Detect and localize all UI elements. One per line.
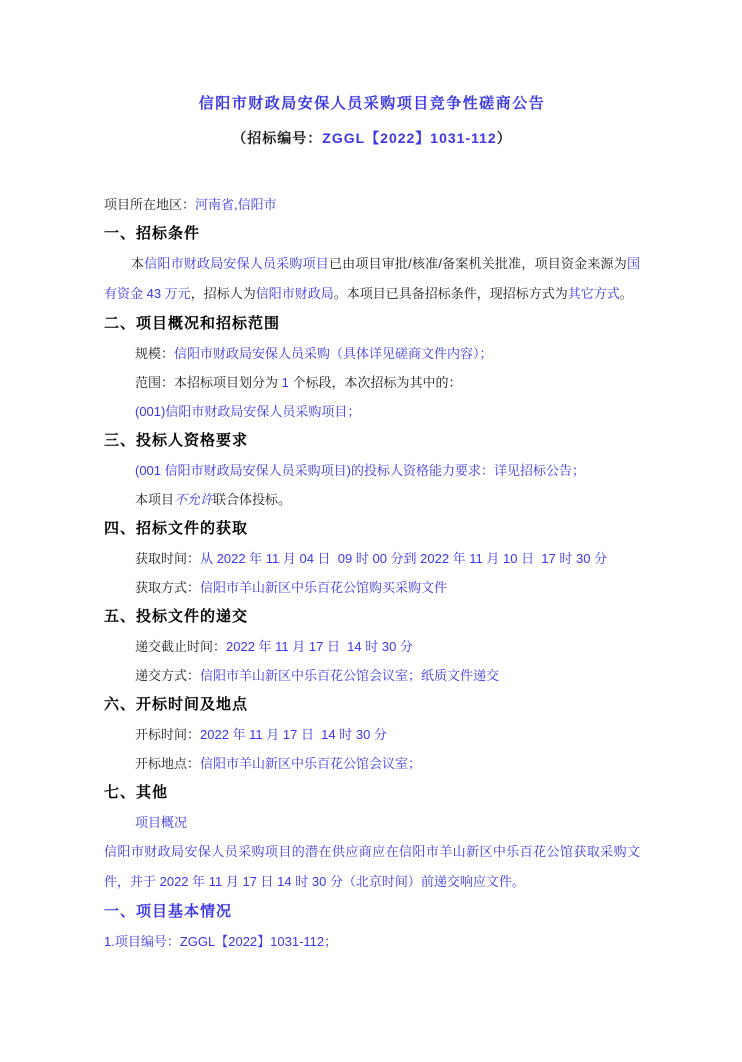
scale-value: 信阳市财政局安保人员采购（具体详见磋商文件内容）；	[174, 346, 493, 361]
scope-line: 范围：本招标项目划分为 1 个标段，本次招标为其中的：	[104, 368, 640, 397]
submission-deadline-label: 递交截止时间：	[135, 639, 226, 654]
scale-line: 规模：信阳市财政局安保人员采购（具体详见磋商文件内容）；	[104, 339, 640, 368]
opening-time-label: 开标时间：	[135, 727, 200, 742]
section-heading-5: 五、投标文件的递交	[104, 602, 640, 632]
tender-method-value: 其它方式	[568, 286, 620, 301]
basic-info-heading: 一、项目基本情况	[104, 897, 640, 927]
tender-number-line: （招标编号：ZGGL【2022】1031-112）	[104, 128, 640, 148]
obtain-time-line: 获取时间：从 2022 年 11 月 04 日 09 时 00 分到 2022 …	[104, 544, 640, 573]
tender-conditions-paragraph: 本信阳市财政局安保人员采购项目已由项目审批/核准/备案机关批准，项目资金来源为国…	[104, 249, 640, 309]
opening-place-label: 开标地点：	[135, 756, 200, 771]
obtain-time-value: 从 2022 年 11 月 04 日 09 时 00 分到 2022 年 11 …	[200, 551, 607, 566]
run: 本	[131, 256, 144, 271]
tender-number-code: ZGGL【2022】1031-112	[322, 130, 496, 146]
run: 已由项目审批/核准/备案机关批准，项目资金来源为	[329, 256, 627, 271]
obtain-method-line: 获取方式：信阳市羊山新区中乐百花公馆购买采购文件	[104, 573, 640, 602]
run: 。本项目已具备招标条件，现招标方式为	[334, 286, 568, 301]
joint-bid-suffix: 联合体投标。	[213, 492, 291, 507]
section-heading-6: 六、开标时间及地点	[104, 690, 640, 720]
section-heading-7: 七、其他	[104, 778, 640, 808]
section-heading-2: 二、项目概况和招标范围	[104, 309, 640, 339]
project-overview-paragraph: 信阳市财政局安保人员采购项目的潜在供应商应在信阳市羊山新区中乐百花公馆获取采购文…	[104, 837, 640, 897]
obtain-method-label: 获取方式：	[135, 580, 200, 595]
opening-place-value: 信阳市羊山新区中乐百花公馆会议室；	[200, 756, 421, 771]
joint-bid-prefix: 本项目	[135, 492, 174, 507]
page-title: 信阳市财政局安保人员采购项目竞争性磋商公告	[104, 94, 640, 114]
lot-count-value: 1	[282, 375, 289, 390]
submission-method-line: 递交方式：信阳市羊山新区中乐百花公馆会议室；纸质文件递交	[104, 661, 640, 690]
tender-number-prefix: （招标编号：	[232, 130, 322, 146]
tenderer-name: 信阳市财政局	[256, 286, 334, 301]
obtain-method-value: 信阳市羊山新区中乐百花公馆购买采购文件	[200, 580, 447, 595]
submission-method-value: 信阳市羊山新区中乐百花公馆会议室；纸质文件递交	[200, 668, 499, 683]
obtain-time-label: 获取时间：	[135, 551, 200, 566]
section-heading-4: 四、招标文件的获取	[104, 514, 640, 544]
joint-bid-line: 本项目不允许联合体投标。	[104, 485, 640, 514]
scale-label: 规模：	[135, 346, 174, 361]
opening-time-value: 2022 年 11 月 17 日 14 时 30 分	[200, 727, 387, 742]
region-label: 项目所在地区：	[104, 197, 195, 212]
lot-001-line: (001)信阳市财政局安保人员采购项目；	[104, 397, 640, 426]
region-value: 河南省,信阳市	[195, 197, 277, 212]
run: 。	[620, 286, 633, 301]
section-heading-1: 一、招标条件	[104, 219, 640, 249]
project-region-line: 项目所在地区：河南省,信阳市	[104, 190, 640, 219]
tender-number-suffix: ）	[497, 130, 512, 146]
opening-time-line: 开标时间：2022 年 11 月 17 日 14 时 30 分	[104, 720, 640, 749]
section-heading-3: 三、投标人资格要求	[104, 426, 640, 456]
scope-suffix: 个标段，本次招标为其中的：	[289, 375, 462, 390]
not-allowed-emphasis: 不允许	[174, 492, 213, 507]
submission-deadline-value: 2022 年 11 月 17 日 14 时 30 分	[226, 639, 413, 654]
document-page: 信阳市财政局安保人员采购项目竞争性磋商公告 （招标编号：ZGGL【2022】10…	[0, 0, 742, 1062]
submission-method-label: 递交方式：	[135, 668, 200, 683]
qualification-requirement-line: (001 信阳市财政局安保人员采购项目)的投标人资格能力要求：详见招标公告；	[104, 456, 640, 485]
project-name-link: 信阳市财政局安保人员采购项目	[144, 256, 329, 271]
scope-prefix: 范围：本招标项目划分为	[135, 375, 282, 390]
project-number-line: 1.项目编号：ZGGL【2022】1031-112；	[104, 927, 640, 956]
run: ，招标人为	[191, 286, 256, 301]
project-overview-label: 项目概况	[104, 808, 640, 837]
submission-deadline-line: 递交截止时间：2022 年 11 月 17 日 14 时 30 分	[104, 632, 640, 661]
opening-place-line: 开标地点：信阳市羊山新区中乐百花公馆会议室；	[104, 749, 640, 778]
